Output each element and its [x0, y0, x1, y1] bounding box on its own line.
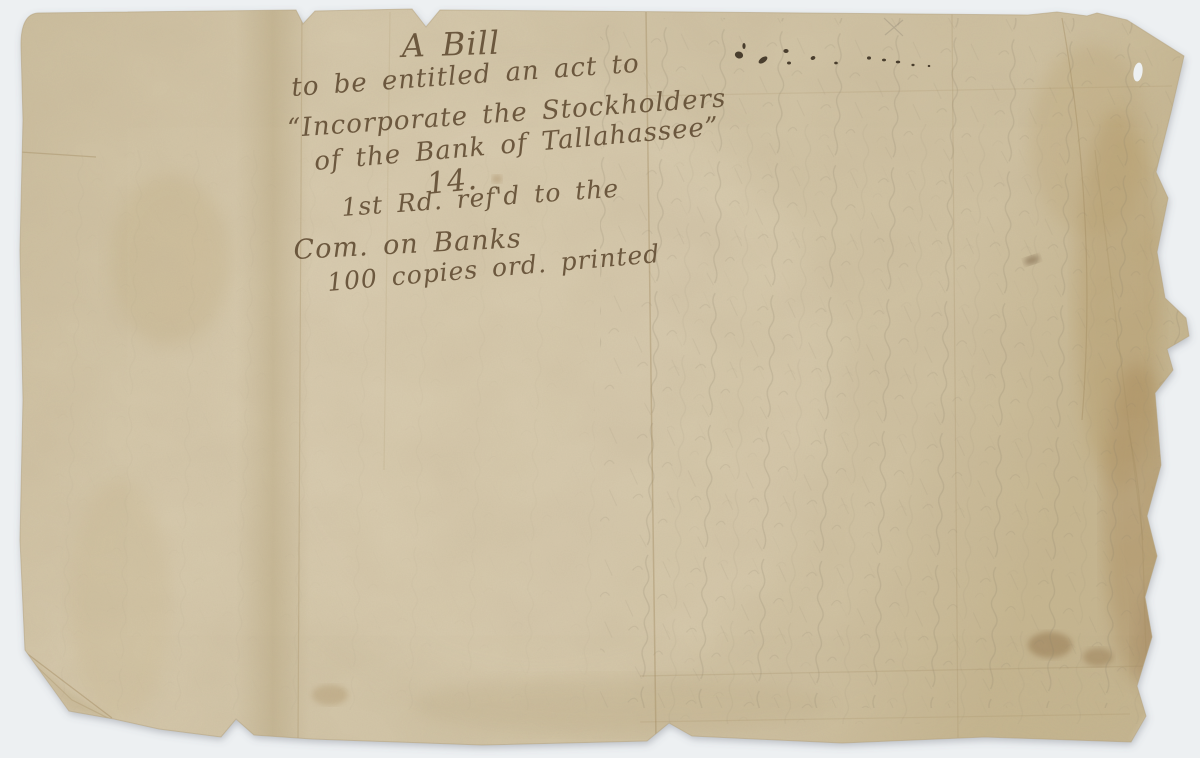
scanned-document: A Bill to be entitled an act to “Incorpo… [0, 0, 1200, 758]
paper-surface: A Bill to be entitled an act to “Incorpo… [0, 0, 1200, 758]
document-scan-canvas: A Bill to be entitled an act to “Incorpo… [0, 0, 1200, 758]
